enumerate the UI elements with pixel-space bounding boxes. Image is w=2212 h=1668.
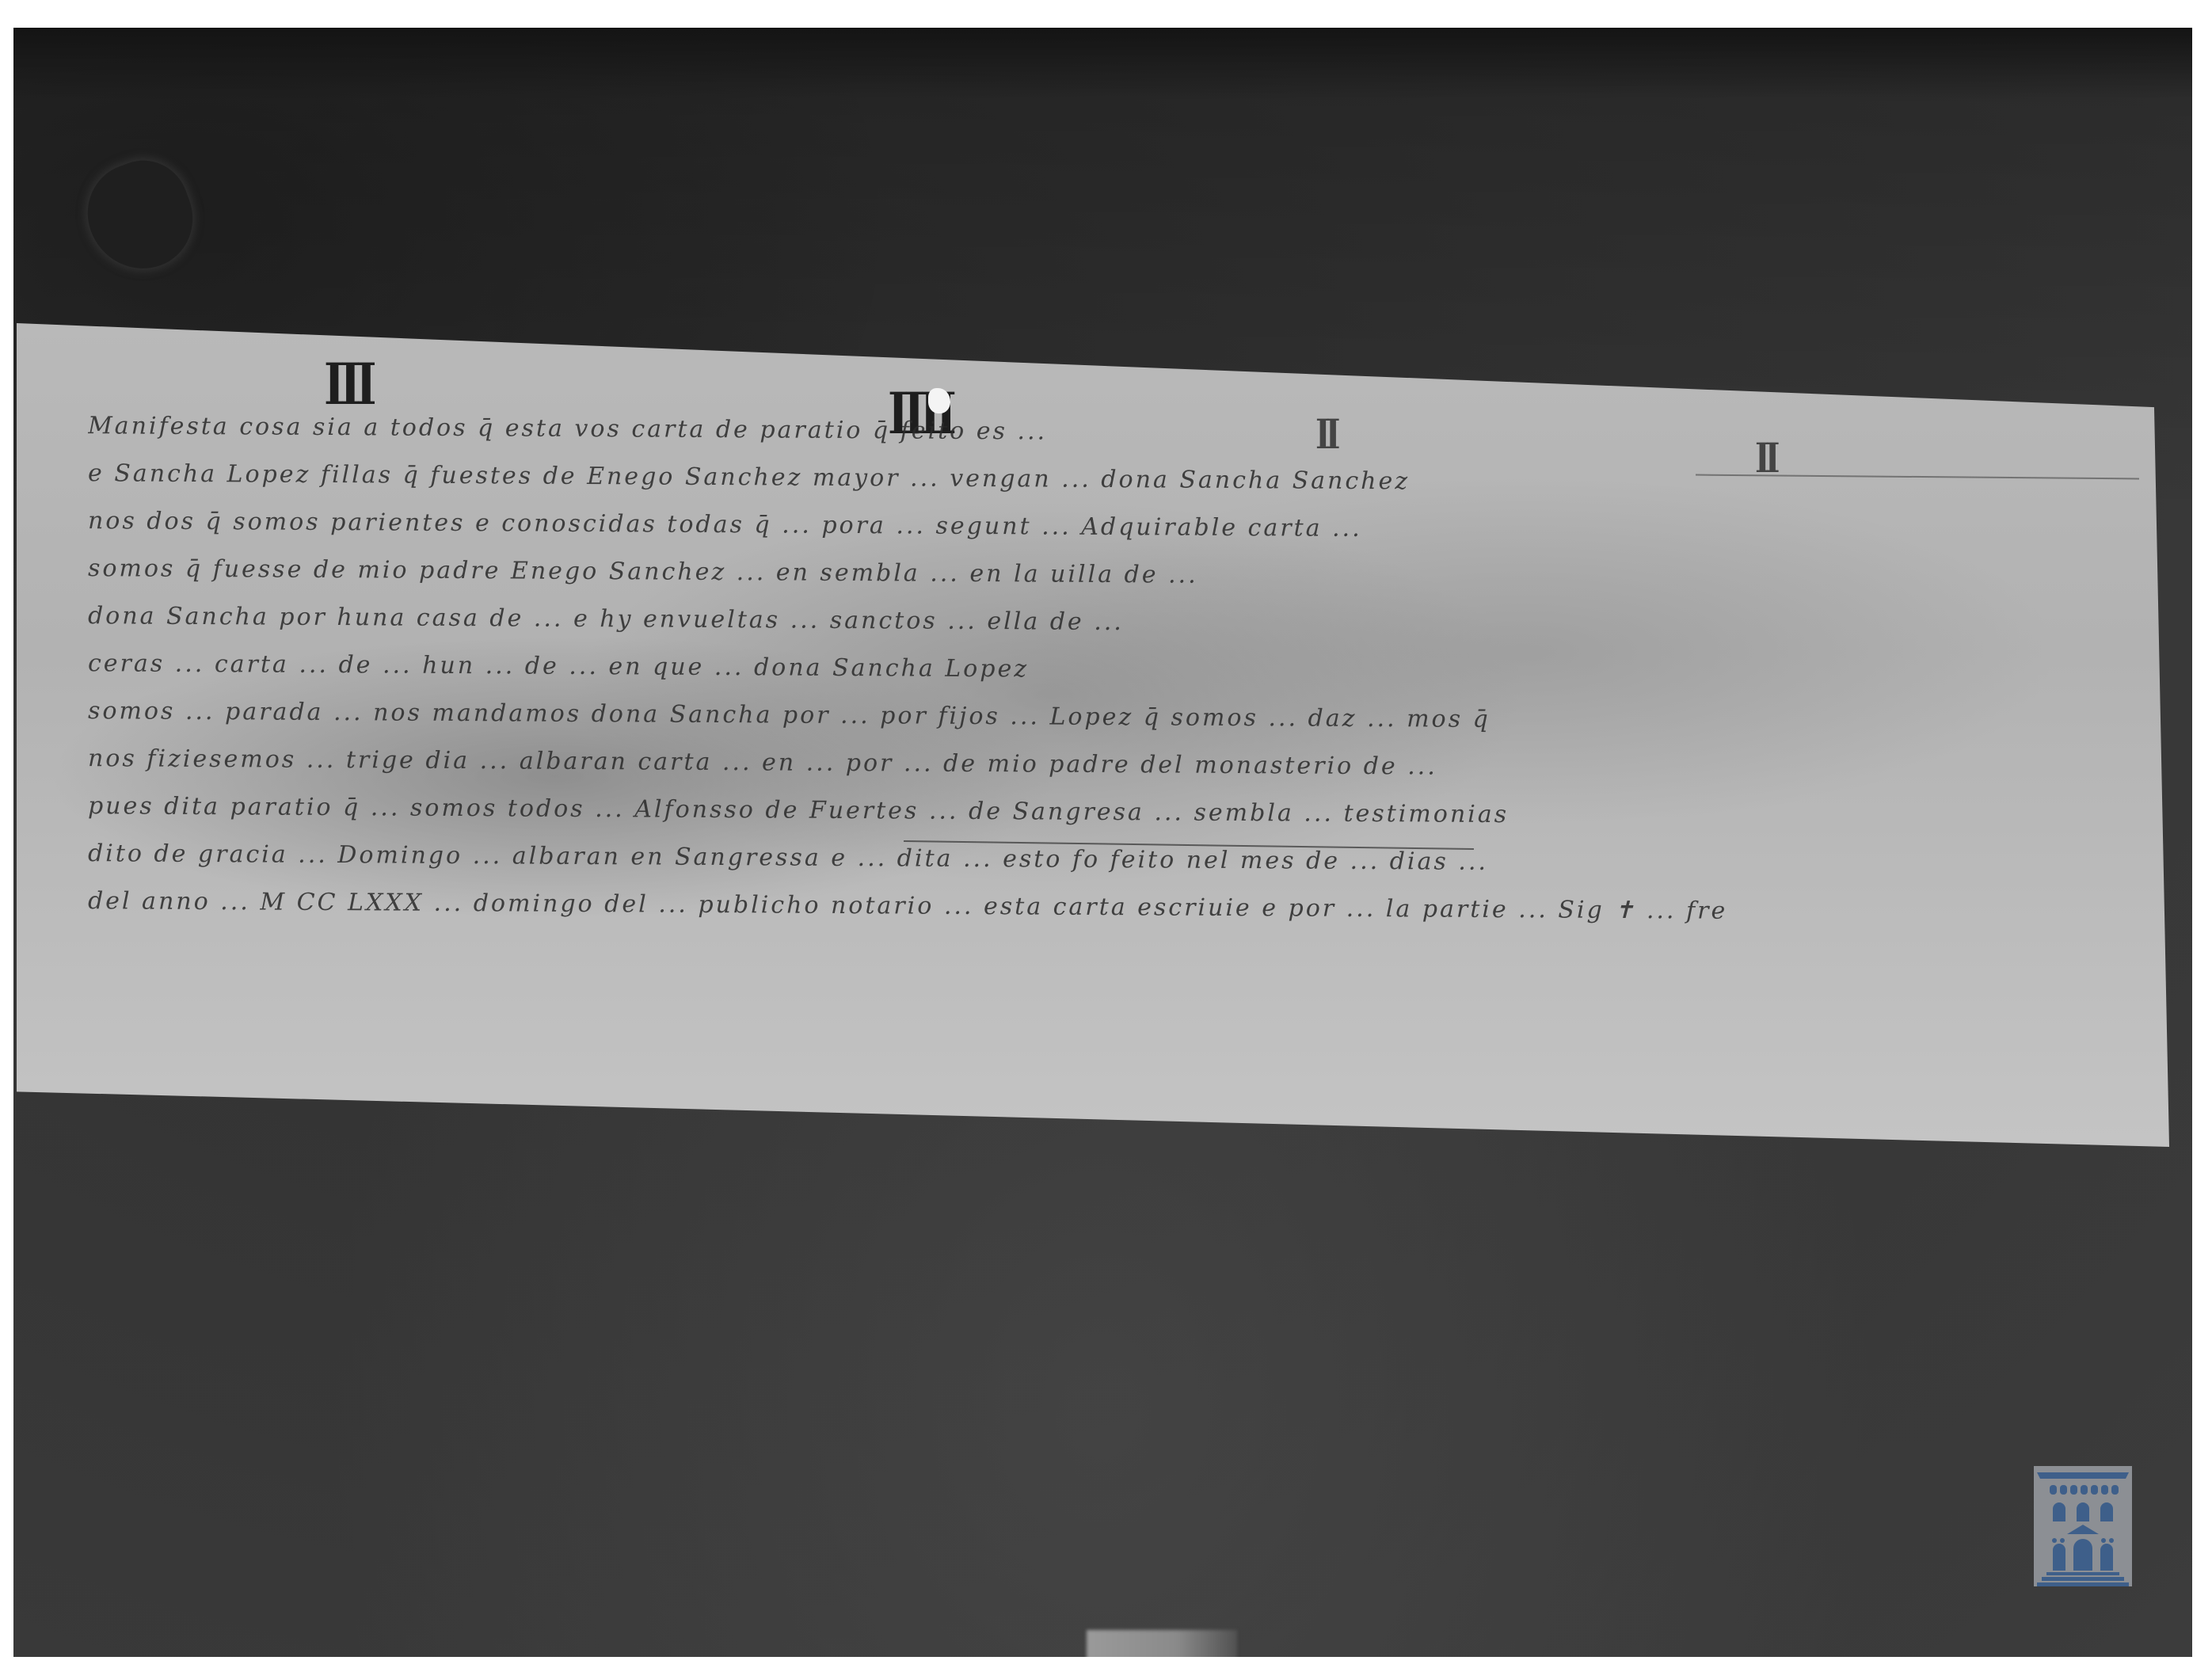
manuscript-line: somos ... parada ... nos mandamos dona S… [88,689,2131,746]
building-icon [2034,1466,2132,1586]
manuscript-line: del anno ... M CC LXXX ... domingo del .… [88,879,2131,936]
manuscript-line: somos q̄ fuesse de mio padre Enego Sanch… [88,546,2131,604]
dark-stain [74,148,207,284]
archive-building-logo [2034,1466,2132,1586]
manuscript-line: dito de gracia ... Domingo ... albaran e… [88,832,2131,889]
chirograph-mark: ꟾꟾꟾ [324,367,372,411]
manuscript-line: e Sancha Lopez fillas q̄ fuestes de Eneg… [88,451,2131,508]
top-shadow [13,28,2192,99]
parchment-charter: ꟾꟾꟾ ꟾꟾꟾꟾ ꟾꟾ ꟾꟾ Manifesta cosa sia a todo… [17,323,2169,1147]
manuscript-line: pues dita paratio q̄ ... somos todos ...… [88,784,2131,841]
manuscript-line: Manifesta cosa sia a todos q̄ esta vos c… [88,404,2131,461]
manuscript-text: Manifesta cosa sia a todos q̄ esta vos c… [88,410,2131,898]
manuscript-line: ceras ... carta ... de ... hun ... de ..… [88,642,2131,699]
manuscript-line: dona Sancha por huna casa de ... e hy en… [88,594,2131,651]
light-patch [1087,1630,1237,1657]
manuscript-line: nos dos q̄ somos parientes e conoscidas … [88,499,2131,556]
manuscript-line: nos fiziesemos ... trige dia ... albaran… [88,737,2131,794]
